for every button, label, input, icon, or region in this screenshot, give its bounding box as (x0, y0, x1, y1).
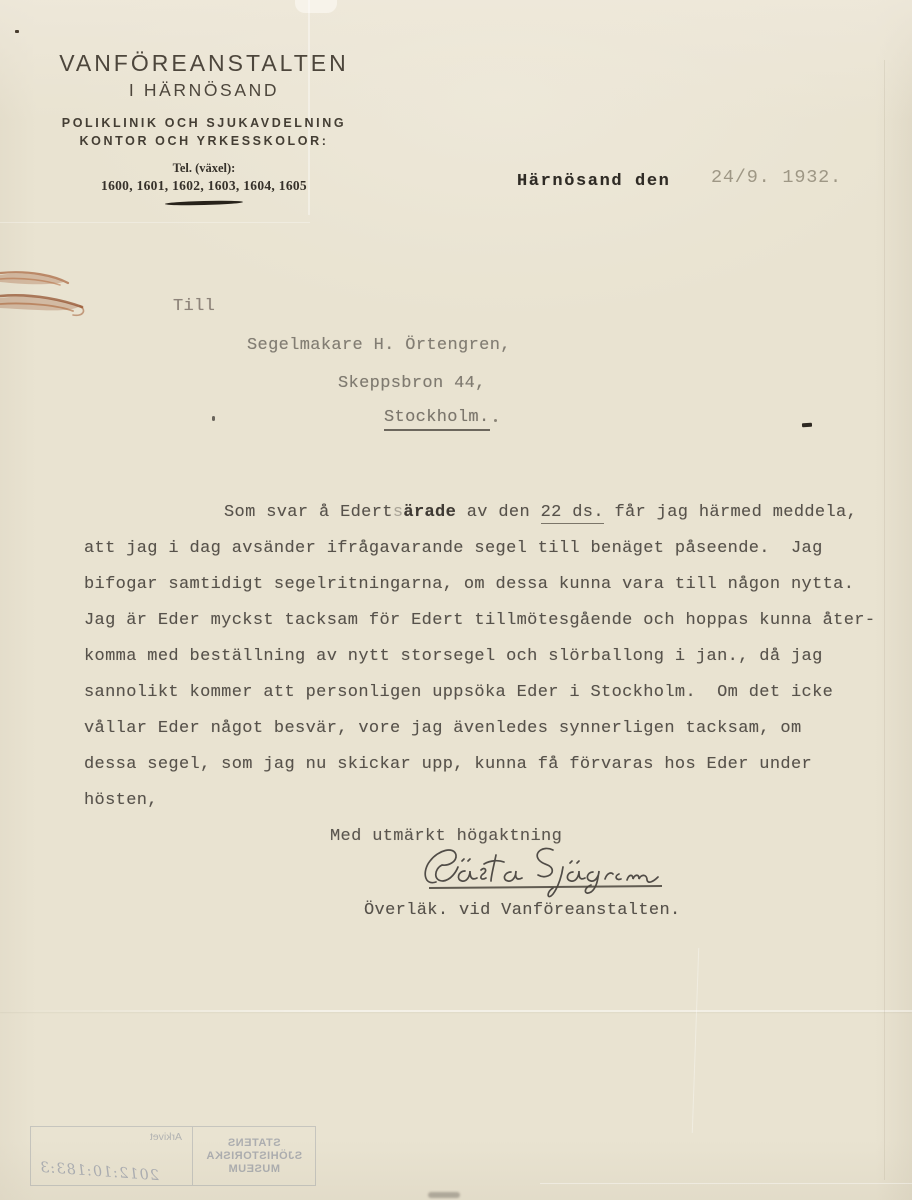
body-line: komma med beställning av nytt storsegel … (84, 647, 889, 683)
stamp-label: Arkivet (150, 1131, 182, 1143)
letterhead: VANFÖREANSTALTEN I HÄRNÖSAND POLIKLINIK … (38, 50, 370, 205)
recipient-street: Skeppsbron 44, (338, 374, 486, 393)
archive-stamp-bleedthrough: STATENS SJÖHISTORISKA MUSEUM Arkivet 201… (30, 1126, 316, 1186)
paper-crease-bottom-right (540, 1183, 912, 1184)
body-text-segment: 22 ds. (541, 503, 604, 524)
dateline-place: Härnösand den (517, 172, 670, 191)
body-text-segment: vållar Eder något besvär, vore jag ävenl… (84, 719, 802, 738)
telephone-numbers: 1600, 1601, 1602, 1603, 1604, 1605 (38, 178, 370, 194)
body-text-segment: sannolikt kommer att personligen uppsöka… (84, 683, 833, 702)
body-line: dessa segel, som jag nu skickar upp, kun… (84, 755, 889, 791)
stamp-org-line-1: STATENS (227, 1137, 280, 1150)
paper-notch (295, 0, 337, 13)
body-text-segment: får jag härmed meddela, (604, 503, 857, 522)
red-crayon-smudge (0, 260, 110, 330)
stamp-accession-number: 2012:10:183:3 (39, 1160, 160, 1184)
body-text-segment: av den (456, 503, 540, 522)
body-text-segment: s (393, 503, 404, 522)
dateline-date: 24/9. 1932. (711, 167, 842, 188)
dept-line-2: KONTOR OCH YRKESSKOLOR: (38, 134, 370, 148)
paper-crease-horizontal-left (0, 222, 310, 223)
stamp-org-line-3: MUSEUM (228, 1163, 280, 1176)
stamp-org-block: STATENS SJÖHISTORISKA MUSEUM (192, 1127, 315, 1185)
org-location: I HÄRNÖSAND (38, 80, 370, 101)
telephone-label: Tel. (växel): (38, 161, 370, 176)
stamp-right-block: Arkivet 2012:10:183:3 (31, 1127, 192, 1185)
body-text-segment: Jag är Eder myckst tacksam för Edert til… (84, 611, 875, 630)
signer-title: Överläk. vid Vanföreanstalten. (364, 901, 681, 920)
body-text-segment: komma med beställning av nytt storsegel … (84, 647, 823, 666)
body-text-segment: ärade (403, 503, 456, 522)
recipient-name: Segelmakare H. Örtengren, (247, 336, 511, 355)
body-line: bifogar samtidigt segelritningarna, om d… (84, 575, 889, 611)
body-text-segment: Som svar å Edert (224, 503, 393, 522)
letter-body: Som svar å Edertsärade av den 22 ds. får… (84, 503, 889, 827)
body-text-segment: dessa segel, som jag nu skickar upp, kun… (84, 755, 812, 774)
paper-crease-vertical-bottom (692, 948, 699, 1133)
body-text-segment: hösten, (84, 791, 158, 810)
body-line: sannolikt kommer att personligen uppsöka… (84, 683, 889, 719)
letterhead-rule (165, 200, 243, 206)
body-line: hösten, (84, 791, 889, 827)
org-name: VANFÖREANSTALTEN (38, 50, 370, 77)
body-line: vållar Eder något besvär, vore jag ävenl… (84, 719, 889, 755)
paper-crease-horizontal-bottom (0, 1010, 912, 1012)
ink-dash-mark (802, 423, 812, 428)
ink-dot-mark (212, 416, 215, 421)
stamp-org-line-2: SJÖHISTORISKA (206, 1150, 302, 1163)
signature-handwriting (420, 840, 665, 904)
body-line: Som svar å Edertsärade av den 22 ds. får… (84, 503, 889, 539)
body-text-segment: bifogar samtidigt segelritningarna, om d… (84, 575, 854, 594)
graphite-smudge (428, 1192, 460, 1198)
body-text-segment: att jag i dag avsänder ifrågavarande seg… (84, 539, 823, 558)
ink-dot-small (494, 419, 497, 422)
letter-page: VANFÖREANSTALTEN I HÄRNÖSAND POLIKLINIK … (0, 0, 912, 1200)
recipient-salutation: Till (173, 297, 215, 316)
body-line: att jag i dag avsänder ifrågavarande seg… (84, 539, 889, 575)
recipient-city: Stockholm. (384, 408, 490, 431)
dept-line-1: POLIKLINIK OCH SJUKAVDELNING (38, 116, 370, 130)
ink-speck (15, 30, 19, 33)
body-line: Jag är Eder myckst tacksam för Edert til… (84, 611, 889, 647)
